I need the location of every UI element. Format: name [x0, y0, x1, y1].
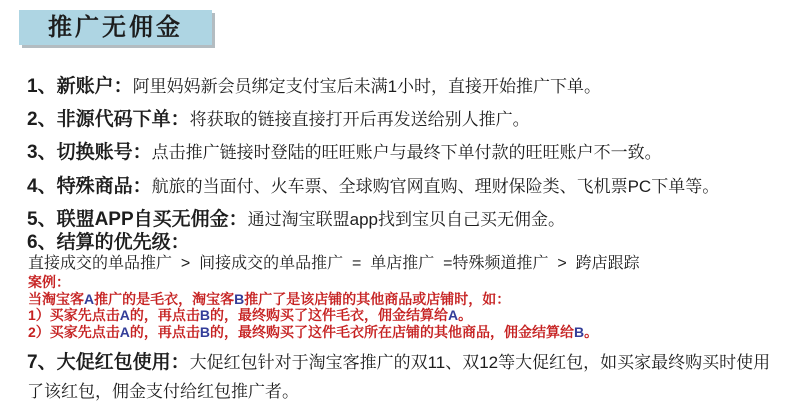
case-segment: 推广的是毛衣，淘宝客: [94, 291, 234, 307]
case-segment: 的，最终购买了这件毛衣所在店铺的其他商品，佣金结算给: [210, 324, 574, 340]
rule-label: 4、特殊商品：: [27, 176, 152, 197]
case-rule-2: 2）买家先点击A的，再点击B的，最终购买了这件毛衣所在店铺的其他商品，佣金结算给…: [28, 324, 786, 340]
rule-label: 2、非源代码下单：: [27, 109, 190, 130]
rule-body: 点击推广链接时登陆的旺旺账户与最终下单付款的旺旺账户不一致。: [152, 143, 662, 162]
rule-body: 航旅的当面付、火车票、全球购官网直购、理财保险类、飞机票PC下单等。: [152, 177, 720, 196]
rule-item-1: 1、新账户：阿里妈妈新会员绑定支付宝后未满1小时，直接开始推广下单。: [27, 76, 781, 98]
rule-body: 阿里妈妈新会员绑定支付宝后未满1小时，直接开始推广下单。: [133, 77, 601, 96]
case-segment: 当淘宝客: [28, 291, 84, 307]
taoke-b-ref: B: [574, 324, 584, 340]
rule-item-5: 5、联盟APP自买无佣金：通过淘宝联盟app找到宝贝自己买无佣金。: [27, 209, 781, 231]
rule-body: 将获取的链接直接打开后再发送给别人推广。: [190, 110, 530, 129]
case-segment: 的，再点击: [130, 307, 200, 323]
infographic-page: 推广无佣金 1、新账户：阿里妈妈新会员绑定支付宝后未满1小时，直接开始推广下单。…: [0, 0, 806, 402]
case-segment: 。: [458, 307, 472, 323]
case-segment: 2）买家先点击: [28, 324, 120, 340]
case-segment: 。: [584, 324, 598, 340]
case-segment: 1）买家先点击: [28, 307, 120, 323]
case-segment: 的，最终购买了这件毛衣，佣金结算给: [210, 307, 448, 323]
page-title: 推广无佣金: [19, 10, 212, 45]
rule-label: 7、大促红包使用：: [27, 352, 190, 373]
rule-label: 6、结算的优先级：: [27, 232, 190, 253]
rule-label: 1、新账户：: [27, 76, 133, 97]
rule-item-3: 3、切换账号：点击推广链接时登陆的旺旺账户与最终下单付款的旺旺账户不一致。: [27, 142, 781, 164]
taoke-b-ref: B: [200, 307, 210, 323]
taoke-b-ref: B: [234, 291, 244, 307]
case-segment: 的，再点击: [130, 324, 200, 340]
priority-order-line: 直接成交的单品推广 > 间接成交的单品推广 = 单店推广 =特殊频道推广 > 跨…: [28, 254, 786, 273]
rule-body: 通过淘宝联盟app找到宝贝自己买无佣金。: [248, 210, 565, 229]
rule-label: 3、切换账号：: [27, 142, 152, 163]
taoke-a-ref: A: [84, 291, 94, 307]
case-intro: 当淘宝客A推广的是毛衣，淘宝客B推广了是该店铺的其他商品或店铺时，如：: [28, 291, 786, 307]
case-label: 案例：: [28, 274, 786, 290]
rule-label: 5、联盟APP自买无佣金：: [27, 209, 248, 230]
rule-item-6: 6、结算的优先级：: [27, 232, 781, 254]
rule-item-4: 4、特殊商品：航旅的当面付、火车票、全球购官网直购、理财保险类、飞机票PC下单等…: [27, 176, 781, 198]
taoke-a-ref: A: [120, 307, 130, 323]
case-segment: 推广了是该店铺的其他商品或店铺时，如：: [244, 291, 510, 307]
taoke-a-ref: A: [448, 307, 458, 323]
rule-item-2: 2、非源代码下单：将获取的链接直接打开后再发送给别人推广。: [27, 109, 781, 131]
case-rule-1: 1）买家先点击A的，再点击B的，最终购买了这件毛衣，佣金结算给A。: [28, 307, 786, 323]
taoke-a-ref: A: [120, 324, 130, 340]
rule-item-7: 7、大促红包使用：大促红包针对于淘宝客推广的双11、双12等大促红包，如买家最终…: [27, 348, 781, 402]
taoke-b-ref: B: [200, 324, 210, 340]
